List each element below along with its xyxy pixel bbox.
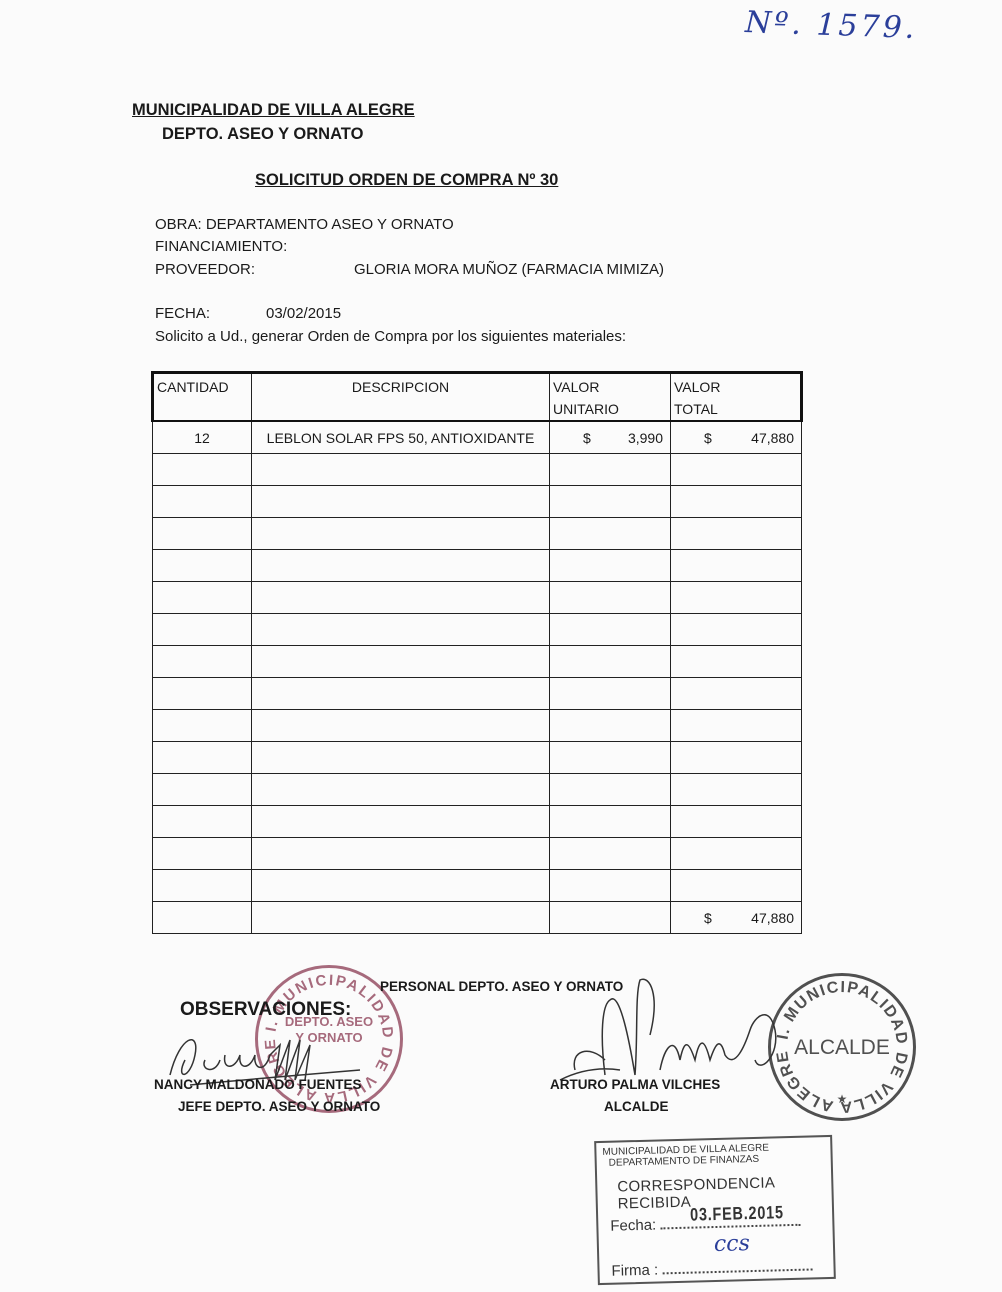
cell-empty <box>671 678 802 710</box>
header-descripcion: DESCRIPCION <box>252 373 550 422</box>
cell-empty <box>153 902 252 934</box>
cell-empty <box>550 550 671 582</box>
cell-empty <box>671 646 802 678</box>
cell-empty <box>550 614 671 646</box>
cell-empty <box>252 678 550 710</box>
items-table: CANTIDAD DESCRIPCION VALORUNITARIO VALOR… <box>151 371 803 934</box>
cell-empty <box>550 742 671 774</box>
cell-empty <box>252 806 550 838</box>
table-row <box>153 646 802 678</box>
cell-empty <box>550 486 671 518</box>
handwritten-document-number: Nº. 1579. <box>744 5 917 46</box>
cell-empty <box>252 582 550 614</box>
cell-empty <box>252 454 550 486</box>
table-row <box>153 742 802 774</box>
cell-empty <box>252 486 550 518</box>
signature-nancy <box>160 1025 390 1105</box>
table-header-row: CANTIDAD DESCRIPCION VALORUNITARIO VALOR… <box>153 373 802 422</box>
cell-empty <box>153 806 252 838</box>
municipality-heading: MUNICIPALIDAD DE VILLA ALEGRE <box>132 101 415 120</box>
observaciones-label: OBSERVACIONES: <box>180 999 351 1021</box>
table-row: 12 LEBLON SOLAR FPS 50, ANTIOXIDANTE $3,… <box>153 421 802 454</box>
proveedor-label: PROVEEDOR: <box>155 261 255 278</box>
cell-empty <box>153 774 252 806</box>
cell-empty <box>550 582 671 614</box>
table-row <box>153 614 802 646</box>
cell-empty <box>671 806 802 838</box>
cell-empty <box>550 774 671 806</box>
fecha-label: FECHA: <box>155 305 210 322</box>
cell-empty <box>153 646 252 678</box>
cell-empty <box>671 742 802 774</box>
cell-cantidad: 12 <box>153 421 252 454</box>
request-text: Solicito a Ud., generar Orden de Compra … <box>155 328 626 345</box>
signer2-title: ALCALDE <box>604 1099 669 1114</box>
table-row <box>153 678 802 710</box>
cell-empty <box>153 550 252 582</box>
cell-empty <box>153 518 252 550</box>
cell-empty <box>671 454 802 486</box>
cell-empty <box>153 678 252 710</box>
table-row <box>153 582 802 614</box>
table-row <box>153 838 802 870</box>
cell-empty <box>550 646 671 678</box>
cell-empty <box>671 838 802 870</box>
cell-empty <box>671 550 802 582</box>
cell-empty <box>153 870 252 902</box>
table-row <box>153 774 802 806</box>
cell-empty <box>671 582 802 614</box>
cell-empty <box>550 710 671 742</box>
table-row <box>153 518 802 550</box>
cell-empty <box>252 614 550 646</box>
received-initials: ccs <box>714 1231 751 1257</box>
cell-empty <box>153 742 252 774</box>
header-cantidad: CANTIDAD <box>153 373 252 422</box>
cell-empty <box>550 902 671 934</box>
cell-empty <box>252 710 550 742</box>
cell-valor-unitario: $3,990 <box>550 421 671 454</box>
cell-empty <box>671 486 802 518</box>
cell-empty <box>671 870 802 902</box>
cell-empty <box>671 774 802 806</box>
mayor-stamp-center: ALCALDE <box>771 1036 913 1060</box>
cell-empty <box>153 486 252 518</box>
cell-empty <box>252 646 550 678</box>
received-correspondence-stamp: MUNICIPALIDAD DE VILLA ALEGRE DEPARTAMEN… <box>594 1135 836 1285</box>
cell-empty <box>252 518 550 550</box>
table-row <box>153 486 802 518</box>
cell-empty <box>153 838 252 870</box>
cell-empty <box>252 870 550 902</box>
proveedor-value: GLORIA MORA MUÑOZ (FARMACIA MIMIZA) <box>354 261 664 278</box>
cell-empty <box>550 454 671 486</box>
received-firma-row: Firma : <box>611 1257 812 1279</box>
star-icon: ★ <box>771 1092 913 1106</box>
cell-empty <box>671 710 802 742</box>
header-valor-unitario: VALORUNITARIO <box>550 373 671 422</box>
cell-empty <box>252 774 550 806</box>
cell-empty <box>671 518 802 550</box>
cell-empty <box>550 518 671 550</box>
fecha-value: 03/02/2015 <box>266 305 341 322</box>
cell-empty <box>550 838 671 870</box>
table-total-row: $47,880 <box>153 902 802 934</box>
cell-empty <box>550 806 671 838</box>
cell-empty <box>153 614 252 646</box>
cell-empty <box>252 838 550 870</box>
header-valor-total: VALORTOTAL <box>671 373 802 422</box>
cell-descripcion: LEBLON SOLAR FPS 50, ANTIOXIDANTE <box>252 421 550 454</box>
received-date: 03.FEB.2015 <box>690 1202 784 1225</box>
table-row <box>153 870 802 902</box>
cell-empty <box>550 870 671 902</box>
cell-empty <box>153 454 252 486</box>
cell-empty <box>671 614 802 646</box>
signer1-name: NANCY MALDONADO FUENTES <box>154 1077 362 1092</box>
obra-field: OBRA: DEPARTAMENTO ASEO Y ORNATO <box>155 216 454 233</box>
cell-empty <box>550 678 671 710</box>
cell-valor-total: $47,880 <box>671 421 802 454</box>
cell-empty <box>153 582 252 614</box>
cell-total: $47,880 <box>671 902 802 934</box>
table-row <box>153 454 802 486</box>
cell-empty <box>252 550 550 582</box>
department-heading: DEPTO. ASEO Y ORNATO <box>162 125 363 144</box>
signer1-title: JEFE DEPTO. ASEO Y ORNATO <box>178 1099 380 1114</box>
table-row <box>153 550 802 582</box>
cell-empty <box>252 742 550 774</box>
cell-empty <box>153 710 252 742</box>
cell-empty <box>252 902 550 934</box>
financiamiento-field: FINANCIAMIENTO: <box>155 238 287 255</box>
document-title: SOLICITUD ORDEN DE COMPRA Nº 30 <box>255 171 558 190</box>
table-row <box>153 710 802 742</box>
mayor-round-stamp: I. MUNICIPALIDAD DE VILLA ALEGRE ALCALDE… <box>768 973 916 1121</box>
table-row <box>153 806 802 838</box>
signer2-name: ARTURO PALMA VILCHES <box>550 1077 720 1092</box>
